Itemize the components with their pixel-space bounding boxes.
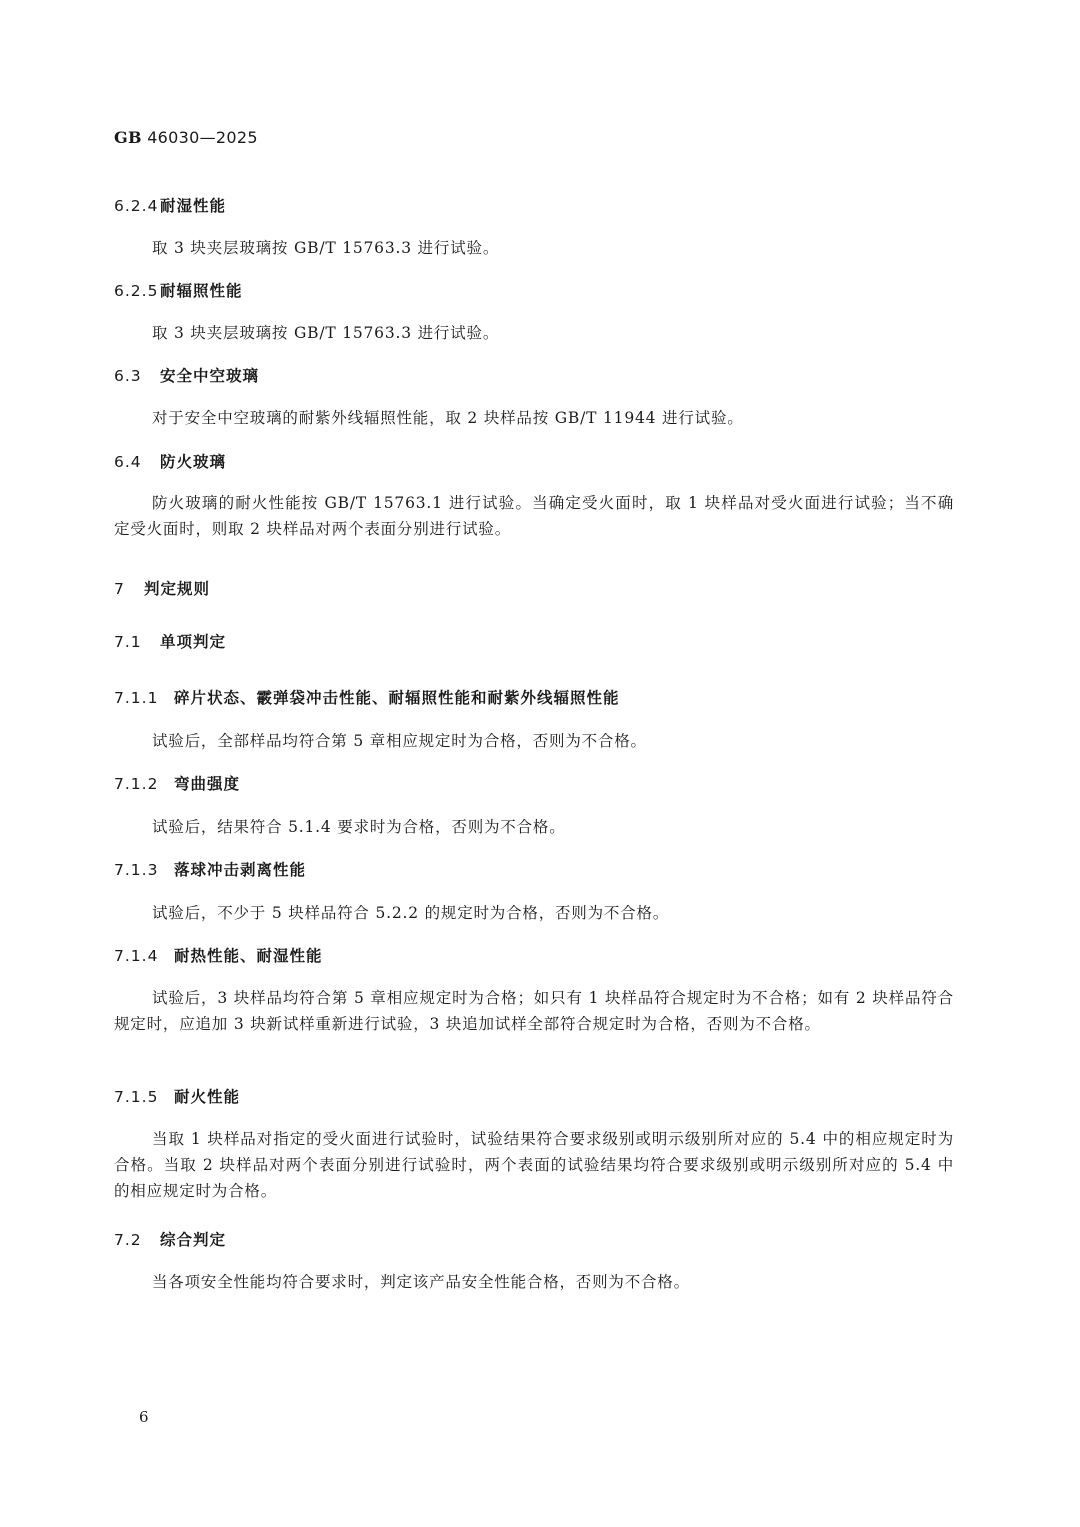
heading-6-2-4: 6.2.4耐湿性能 xyxy=(114,194,226,216)
section-title: 综合判定 xyxy=(160,1231,226,1249)
page-number: 6 xyxy=(139,1408,149,1426)
standard-prefix: GB xyxy=(114,128,142,147)
section-title: 碎片状态、霰弹袋冲击性能、耐辐照性能和耐紫外线辐照性能 xyxy=(174,689,620,707)
section-title: 耐湿性能 xyxy=(160,197,226,215)
heading-7-2: 7.2综合判定 xyxy=(114,1228,226,1250)
section-number: 7.1.3 xyxy=(114,861,174,879)
section-number: 6.4 xyxy=(114,453,160,471)
paragraph-6-2-5: 取 3 块夹层玻璃按 GB/T 15763.3 进行试验。 xyxy=(114,320,954,346)
paragraph-7-1-4: 试验后，3 块样品均符合第 5 章相应规定时为合格；如只有 1 块样品符合规定时… xyxy=(114,985,954,1037)
section-title: 弯曲强度 xyxy=(174,775,240,793)
document-page: GB 46030—2025 6.2.4耐湿性能 取 3 块夹层玻璃按 GB/T … xyxy=(0,0,1080,1527)
heading-7-1-2: 7.1.2弯曲强度 xyxy=(114,772,240,794)
section-number: 6.2.4 xyxy=(114,197,160,215)
heading-7-1-5: 7.1.5耐火性能 xyxy=(114,1085,240,1107)
paragraph-7-1-1: 试验后，全部样品均符合第 5 章相应规定时为合格，否则为不合格。 xyxy=(114,728,954,754)
paragraph-7-2: 当各项安全性能均符合要求时，判定该产品安全性能合格，否则为不合格。 xyxy=(114,1269,954,1295)
heading-6-4: 6.4防火玻璃 xyxy=(114,450,226,472)
standard-code: 46030—2025 xyxy=(147,128,258,147)
section-title: 防火玻璃 xyxy=(160,453,226,471)
section-number: 7.1.2 xyxy=(114,775,174,793)
heading-7-1-4: 7.1.4耐热性能、耐湿性能 xyxy=(114,944,323,966)
paragraph-7-1-3: 试验后，不少于 5 块样品符合 5.2.2 的规定时为合格，否则为不合格。 xyxy=(114,900,954,926)
paragraph-6-4: 防火玻璃的耐火性能按 GB/T 15763.1 进行试验。当确定受火面时，取 1… xyxy=(114,490,954,542)
heading-7-1-1: 7.1.1碎片状态、霰弹袋冲击性能、耐辐照性能和耐紫外线辐照性能 xyxy=(114,686,620,708)
section-number: 6.2.5 xyxy=(114,282,160,300)
section-number: 7.1.5 xyxy=(114,1088,174,1106)
paragraph-6-2-4: 取 3 块夹层玻璃按 GB/T 15763.3 进行试验。 xyxy=(114,235,954,261)
section-title: 安全中空玻璃 xyxy=(160,367,259,385)
heading-6-2-5: 6.2.5耐辐照性能 xyxy=(114,279,243,301)
section-title: 落球冲击剥离性能 xyxy=(174,861,306,879)
section-number: 7.2 xyxy=(114,1231,160,1249)
heading-7-1: 7.1单项判定 xyxy=(114,630,226,652)
heading-6-3: 6.3安全中空玻璃 xyxy=(114,364,259,386)
heading-7: 7判定规则 xyxy=(114,577,210,599)
section-number: 6.3 xyxy=(114,367,160,385)
heading-7-1-3: 7.1.3落球冲击剥离性能 xyxy=(114,858,306,880)
paragraph-7-1-2: 试验后，结果符合 5.1.4 要求时为合格，否则为不合格。 xyxy=(114,814,954,840)
paragraph-7-1-5: 当取 1 块样品对指定的受火面进行试验时，试验结果符合要求级别或明示级别所对应的… xyxy=(114,1126,954,1204)
section-title: 耐辐照性能 xyxy=(160,282,243,300)
section-title: 耐火性能 xyxy=(174,1088,240,1106)
standard-header: GB 46030—2025 xyxy=(114,128,258,147)
section-title: 耐热性能、耐湿性能 xyxy=(174,947,323,965)
section-title: 单项判定 xyxy=(160,633,226,651)
paragraph-6-3: 对于安全中空玻璃的耐紫外线辐照性能，取 2 块样品按 GB/T 11944 进行… xyxy=(114,405,954,431)
section-title: 判定规则 xyxy=(144,580,210,598)
section-number: 7.1.1 xyxy=(114,689,174,707)
section-number: 7.1.4 xyxy=(114,947,174,965)
section-number: 7 xyxy=(114,580,144,598)
section-number: 7.1 xyxy=(114,633,160,651)
